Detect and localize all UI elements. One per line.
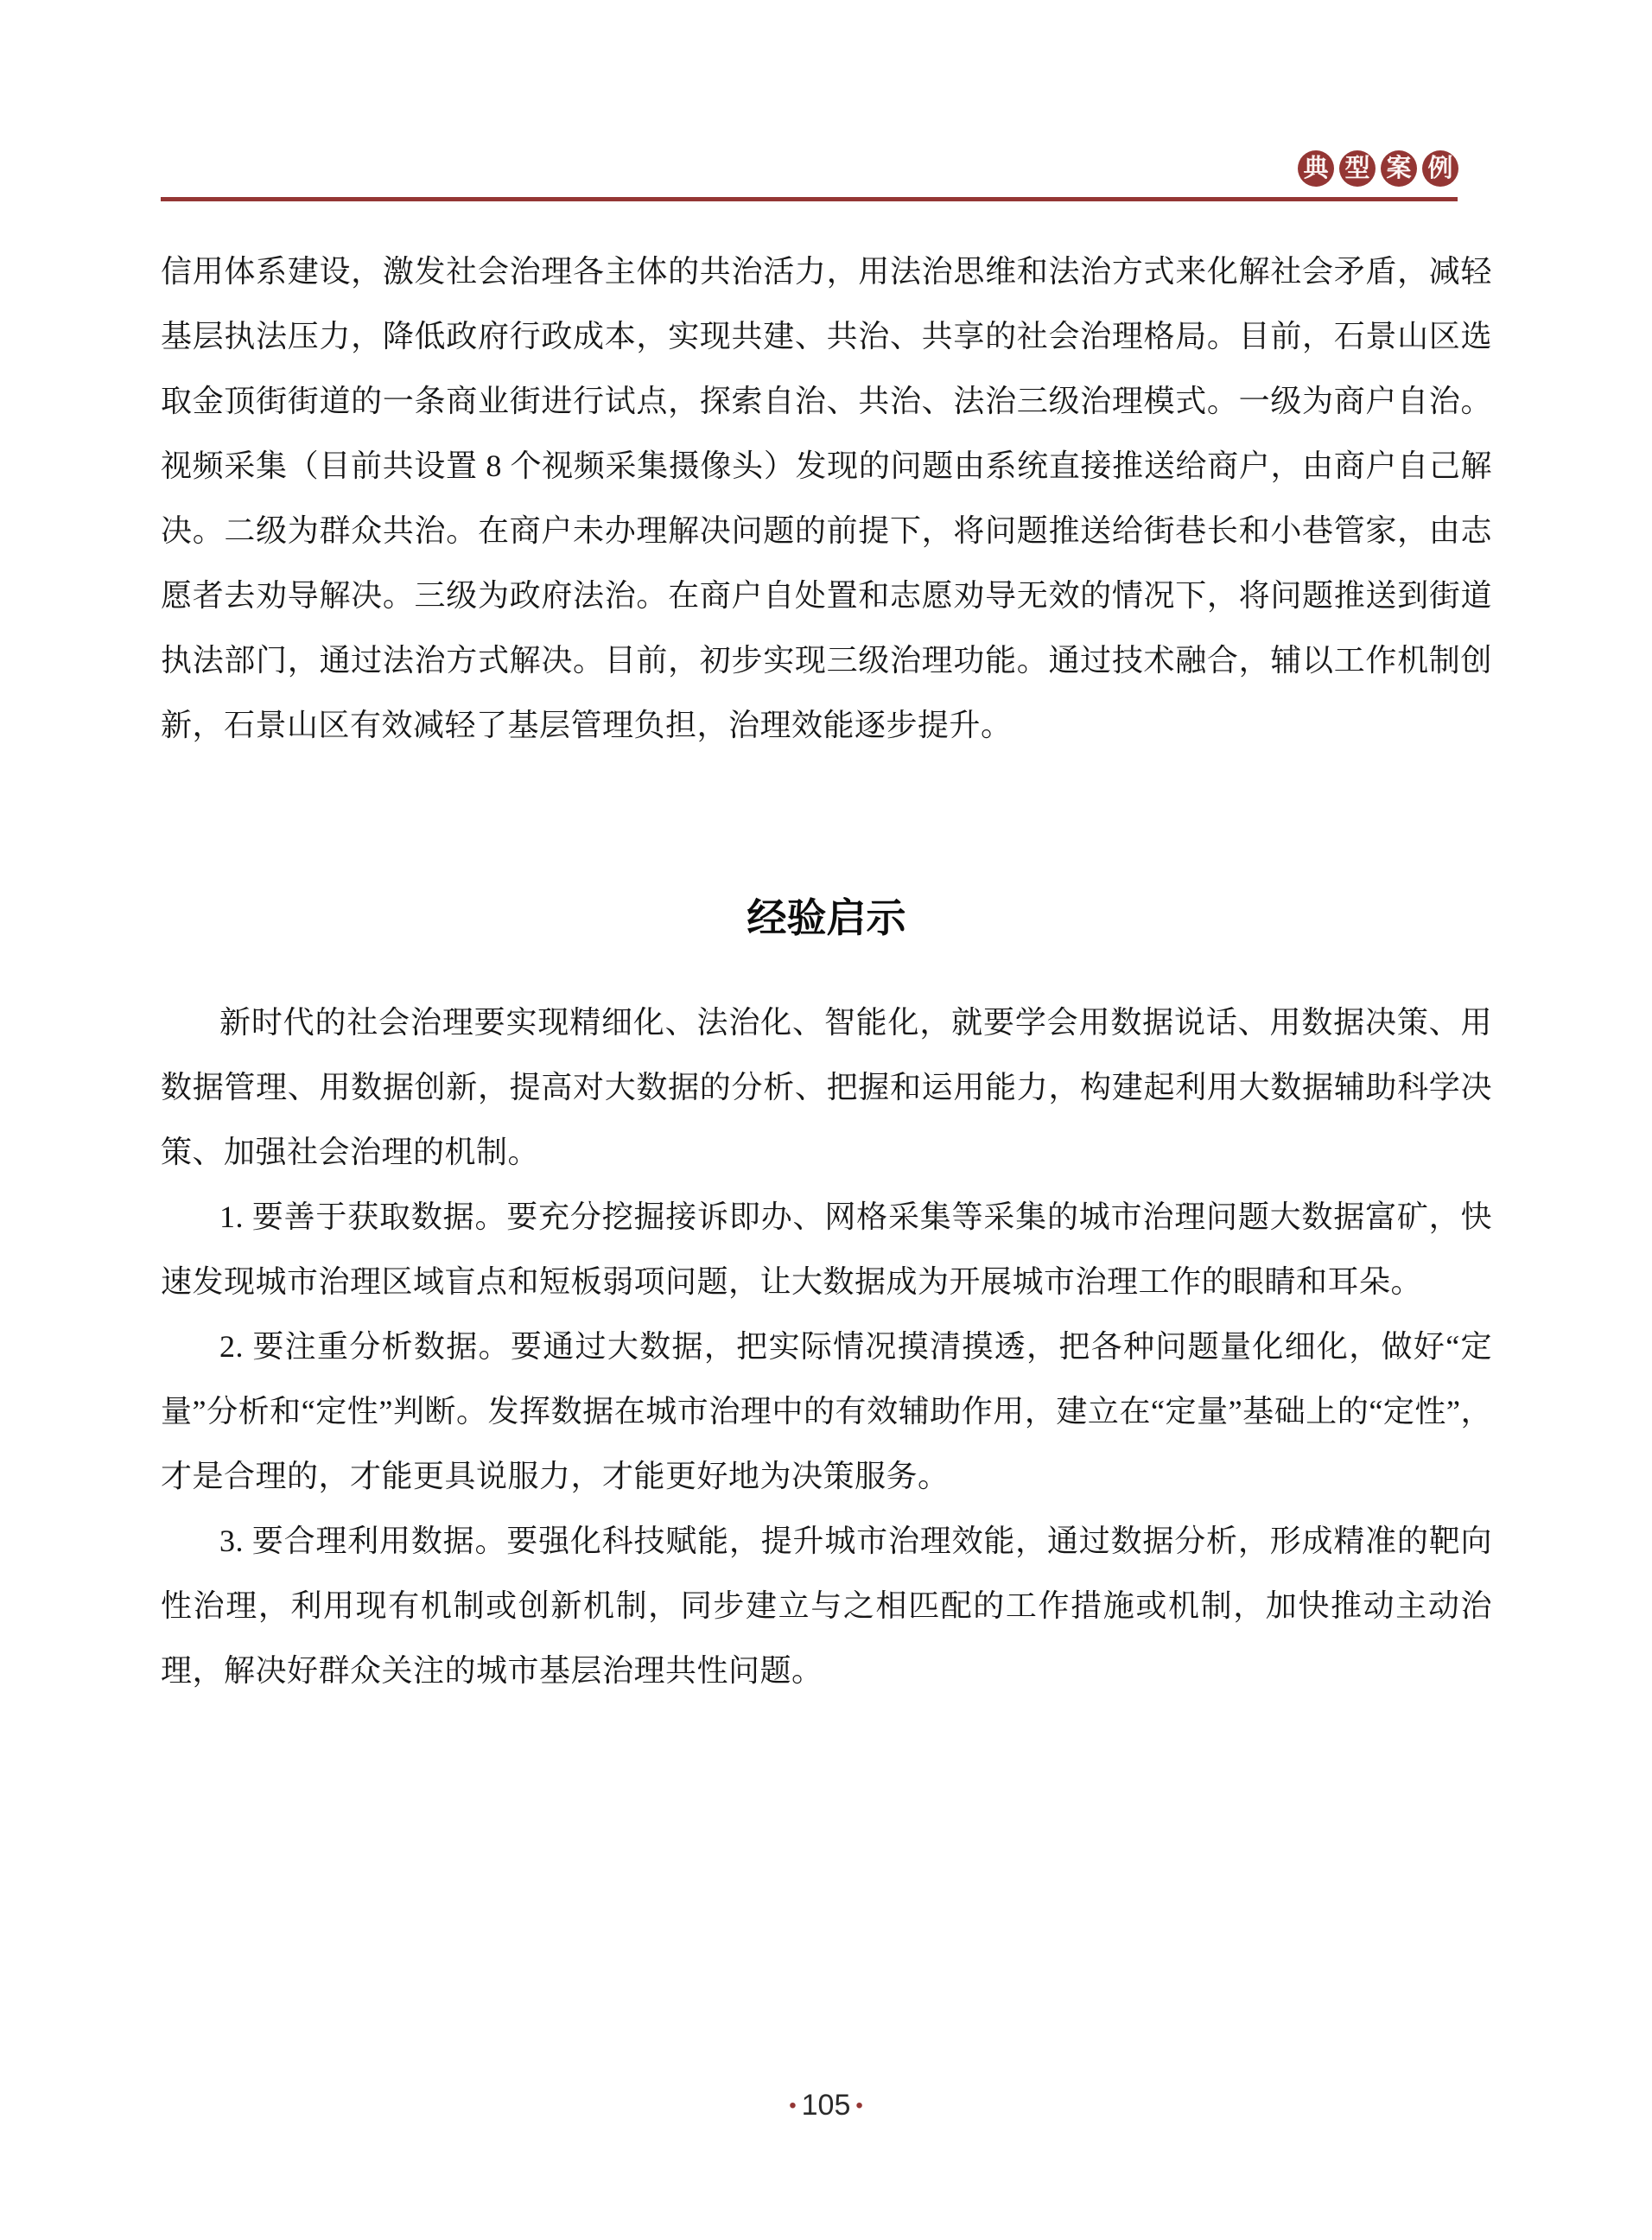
body-paragraph: 1. 要善于获取数据。要充分挖掘接诉即办、网格采集等采集的城市治理问题大数据富矿…	[161, 1185, 1492, 1314]
continuation-paragraph-block: 信用体系建设，激发社会治理各主体的共治活力，用法治思维和法治方式来化解社会矛盾，…	[161, 239, 1492, 758]
body-paragraph: 3. 要合理利用数据。要强化科技赋能，提升城市治理效能，通过数据分析，形成精准的…	[161, 1509, 1492, 1703]
body-paragraph: 新时代的社会治理要实现精细化、法治化、智能化，就要学会用数据说话、用数据决策、用…	[161, 990, 1492, 1185]
body-paragraph: 2. 要注重分析数据。要通过大数据，把实际情况摸清摸透，把各种问题量化细化，做好…	[161, 1314, 1492, 1509]
header-badge: 案	[1381, 150, 1417, 187]
paragraph-group: 新时代的社会治理要实现精细化、法治化、智能化，就要学会用数据说话、用数据决策、用…	[161, 990, 1492, 1703]
header-badge: 型	[1339, 150, 1376, 187]
footer-dot-right: •	[850, 2094, 867, 2117]
section-heading: 经验启示	[161, 892, 1492, 944]
header-rule	[161, 197, 1458, 201]
page-number: 105	[802, 2089, 851, 2122]
header-badge: 典	[1298, 150, 1334, 187]
footer-dot-left: •	[784, 2094, 801, 2117]
header-badge-group: 典型案例	[1298, 150, 1458, 187]
document-page: 典型案例 信用体系建设，激发社会治理各主体的共治活力，用法治思维和法治方式来化解…	[0, 0, 1652, 2240]
body-paragraph: 信用体系建设，激发社会治理各主体的共治活力，用法治思维和法治方式来化解社会矛盾，…	[161, 239, 1492, 758]
header-badge: 例	[1422, 150, 1458, 187]
page-footer: •105•	[0, 2088, 1652, 2123]
